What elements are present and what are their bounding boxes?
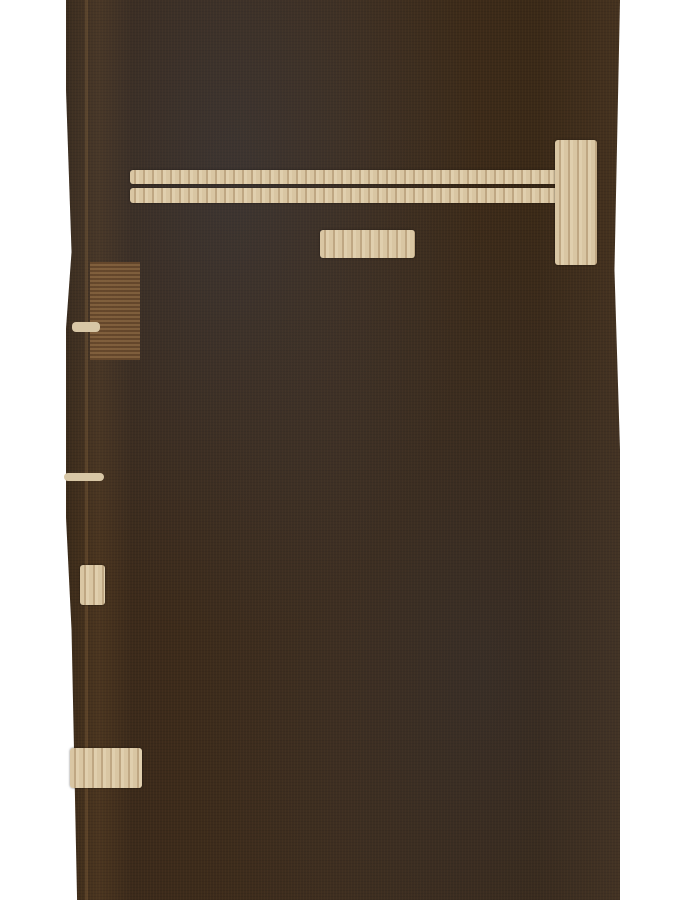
horizontal-stitch-top [130,170,560,184]
horizontal-stitch-bottom [130,188,560,203]
thread-knot [72,322,100,332]
left-darned-patch [90,262,140,360]
left-stitch-bottom [70,748,142,788]
thread-knot [64,473,104,481]
vertical-stitch-patch [555,140,597,265]
small-stitch-patch [320,230,415,258]
textile-fabric [66,0,620,900]
left-stitch-small [80,565,105,605]
